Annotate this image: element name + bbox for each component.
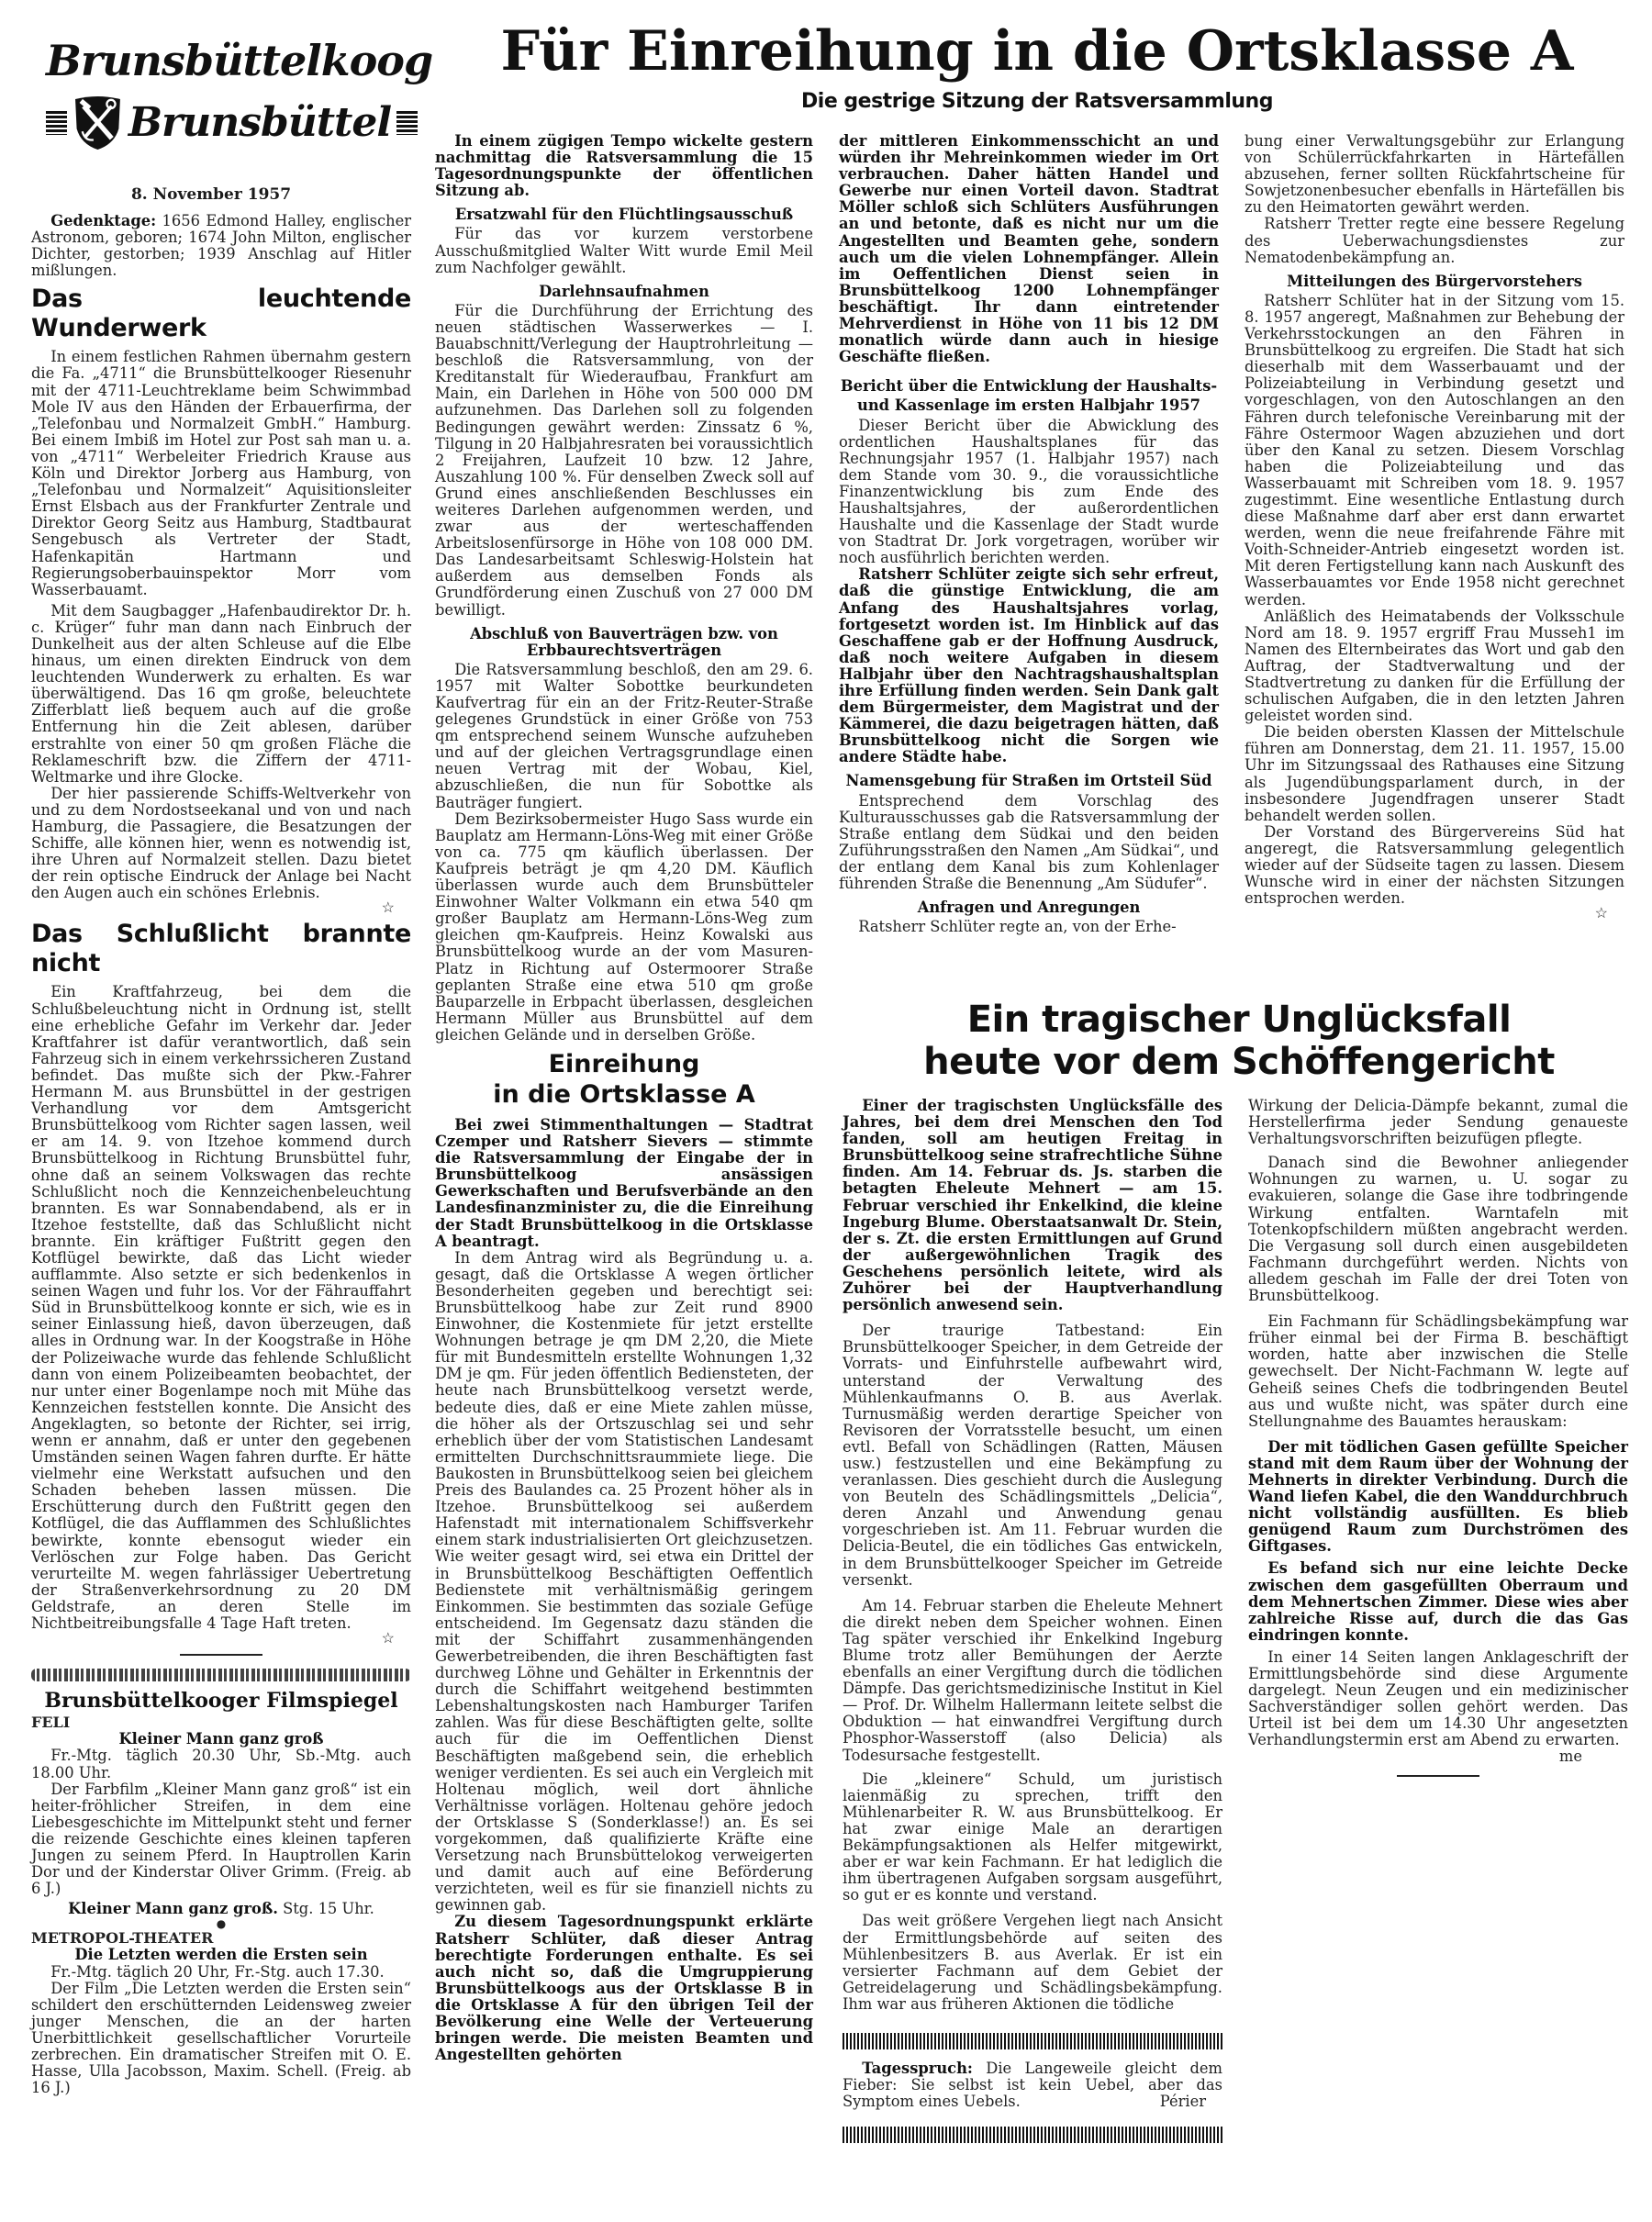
mitteilungen-paragraph: Der Vorstand des Bürgervereins Süd hat a… bbox=[1245, 824, 1624, 907]
film-title: Die Letzten werden die Ersten sein bbox=[31, 1947, 411, 1963]
einreihung-body: In dem Antrag wird als Begründung u. a. … bbox=[435, 1250, 813, 1915]
section-text: Für die Durchführung der Errichtung des … bbox=[435, 303, 813, 619]
column-3: der mittleren Einkommensschicht an und w… bbox=[839, 133, 1219, 935]
tagesspruch-label: Tagesspruch: bbox=[862, 2060, 973, 2077]
wunderwerk-paragraph: In einem festlichen Rahmen übernahm gest… bbox=[31, 349, 411, 597]
ungluecksfall-bold-paragraph: Es befand sich nur eine leichte Decke zw… bbox=[1248, 1560, 1628, 1643]
column-1: Gedenktage: 1656 Edmond Halley, englisch… bbox=[31, 213, 411, 2096]
theater-name: FELI bbox=[31, 1714, 411, 1731]
gedenktage-label: Gedenktage: bbox=[50, 212, 156, 229]
einreihung-headline-line1: Einreihung bbox=[435, 1049, 813, 1079]
decorative-wave-divider bbox=[31, 1669, 411, 1681]
tagesspruch: Tagesspruch: Die Langeweile gleicht dem … bbox=[843, 2060, 1222, 2110]
mitteilungen-paragraph: Ratsherr Schlüter hat in der Sitzung vom… bbox=[1245, 293, 1624, 609]
section-heading: Darlehnsaufnahmen bbox=[435, 284, 813, 300]
section-heading: Bericht über die Entwicklung der Haushal… bbox=[839, 378, 1219, 395]
byline: me bbox=[1248, 1748, 1628, 1765]
film-title: Kleiner Mann ganz groß bbox=[31, 1731, 411, 1747]
wunderwerk-headline: Das leuchtende Wunderwerk bbox=[31, 285, 411, 343]
masthead: Brunsbüttelkoog Brunsbüttel bbox=[46, 37, 418, 160]
divider-short bbox=[180, 1654, 262, 1656]
section-text: Die Ratsversammlung beschloß, den am 29.… bbox=[435, 662, 813, 811]
section-text: Für das vor kurzem verstorbene Ausschußm… bbox=[435, 226, 813, 275]
film-description: Der Film „Die Letzten werden die Ersten … bbox=[31, 1981, 411, 2097]
star-end-icon: ☆ bbox=[31, 1632, 411, 1645]
section-heading: Namensgebung für Straßen im Ortsteil Süd bbox=[839, 773, 1219, 789]
ungluecksfall-column-1: Einer der tragischsten Unglücksfälle des… bbox=[843, 1098, 1222, 2152]
wunderwerk-paragraph: Der hier passierende Schiffs-Weltverkehr… bbox=[31, 786, 411, 902]
haushalt-text: Dieser Bericht über die Abwicklung des o… bbox=[839, 418, 1219, 567]
section-heading: Abschluß von Bauverträgen bzw. von Erbba… bbox=[435, 626, 813, 659]
ungluecksfall-paragraph: Wirkung der Delicia-Dämpfe bekannt, zuma… bbox=[1248, 1098, 1628, 1147]
star-end-icon: ☆ bbox=[31, 901, 411, 914]
einreihung-headline-line2: in die Ortsklasse A bbox=[435, 1079, 813, 1110]
ungluecksfall-paragraph: Ein Fachmann für Schädlingsbekämpfung wa… bbox=[1248, 1313, 1628, 1430]
column-4: bung einer Verwaltungsgebühr zur Erlangu… bbox=[1245, 133, 1624, 920]
film-schedule: Fr.-Mtg. täglich 20 Uhr, Fr.-Stg. auch 1… bbox=[31, 1964, 411, 1981]
anfragen-text: Ratsherr Schlüter regte an, von der Erhe… bbox=[839, 919, 1219, 935]
section-heading: Mitteilungen des Bürgervorstehers bbox=[1245, 274, 1624, 290]
ungluecksfall-paragraph: In einer 14 Seiten langen Anklageschrift… bbox=[1248, 1649, 1628, 1749]
film-extra-showing: Kleiner Mann ganz groß. Stg. 15 Uhr. bbox=[31, 1901, 411, 1917]
film-schedule: Fr.-Mtg. täglich 20.30 Uhr, Sb.-Mtg. auc… bbox=[31, 1747, 411, 1781]
theater-name: METROPOL-THEATER bbox=[31, 1930, 411, 1947]
ratsversammlung-lead: In einem zügigen Tempo wickelte gestern … bbox=[435, 133, 813, 199]
namensgebung-text: Entsprechend dem Vorschlag des Kulturaus… bbox=[839, 793, 1219, 893]
ungluecksfall-bold-paragraph: Der mit tödlichen Gasen gefüllte Speiche… bbox=[1248, 1439, 1628, 1556]
issue-date: 8. November 1957 bbox=[0, 185, 422, 204]
anfragen-text2: Ratsherr Tretter regte eine bessere Rege… bbox=[1245, 216, 1624, 265]
ungluecksfall-headline-line1: Ein tragischer Unglücksfall bbox=[826, 999, 1652, 1041]
ungluecksfall-headline-line2: heute vor dem Schöffengericht bbox=[826, 1041, 1652, 1083]
masthead-title-brunsbuettelkoog: Brunsbüttelkoog bbox=[46, 37, 418, 84]
mitteilungen-paragraph: Die beiden obersten Klassen der Mittelsc… bbox=[1245, 724, 1624, 824]
section-text: Dem Bezirksobermeister Hugo Sass wurde e… bbox=[435, 811, 813, 1044]
star-end-icon: ☆ bbox=[1245, 907, 1624, 920]
schlusslicht-paragraph: Ein Kraftfahrzeug, bei dem die Schlußbel… bbox=[31, 984, 411, 1632]
main-subheadline: Die gestrige Sitzung der Ratsversammlung bbox=[422, 90, 1652, 113]
ungluecksfall-paragraph: Am 14. Februar starben die Eheleute Mehn… bbox=[843, 1598, 1222, 1764]
mitteilungen-paragraph: Anläßlich des Heimatabends der Volksschu… bbox=[1245, 609, 1624, 725]
wunderwerk-paragraph: Mit dem Saugbagger „Hafenbaudirektor Dr.… bbox=[31, 603, 411, 786]
film-extra-title: Kleiner Mann ganz groß. bbox=[68, 1900, 278, 1917]
einreihung-schlueter: Zu diesem Tagesordnungspunkt erklärte Ra… bbox=[435, 1914, 813, 2063]
decorative-bar-divider bbox=[843, 2127, 1222, 2143]
einreihung-continuation: der mittleren Einkommensschicht an und w… bbox=[839, 133, 1219, 365]
section-heading: Anfragen und Anregungen bbox=[839, 899, 1219, 916]
ungluecksfall-paragraph: Die „kleinere“ Schuld, um juristisch lai… bbox=[843, 1771, 1222, 1904]
tagesspruch-author: Périer bbox=[1141, 2094, 1222, 2110]
divider-short bbox=[1397, 1775, 1479, 1777]
masthead-title-brunsbuettel: Brunsbüttel bbox=[128, 100, 391, 146]
ribbon-right-ornament bbox=[396, 111, 418, 135]
schlusslicht-headline: Das Schlußlicht brannte nicht bbox=[31, 920, 411, 978]
film-description: Der Farbfilm „Kleiner Mann ganz groß“ is… bbox=[31, 1781, 411, 1898]
haushalt-bold-text: Ratsherr Schlüter zeigte sich sehr erfre… bbox=[839, 566, 1219, 765]
einreihung-headline: Einreihung in die Ortsklasse A bbox=[435, 1049, 813, 1110]
decorative-bar-divider bbox=[843, 2033, 1222, 2049]
main-headline: Für Einreihung in die Ortsklasse A bbox=[422, 20, 1652, 83]
einreihung-lead: Bei zwei Stimmenthaltungen — Stadtrat Cz… bbox=[435, 1117, 813, 1250]
column-2: In einem zügigen Tempo wickelte gestern … bbox=[435, 133, 813, 2063]
filmspiegel-headline: Brunsbüttelkooger Filmspiegel bbox=[31, 1692, 411, 1709]
ungluecksfall-headline: Ein tragischer Unglücksfall heute vor de… bbox=[826, 999, 1652, 1083]
ribbon-left-ornament bbox=[46, 111, 67, 135]
ungluecksfall-paragraph: Das weit größere Vergehen liegt nach Ans… bbox=[843, 1913, 1222, 2013]
ungluecksfall-paragraph: Der traurige Tatbestand: Ein Brunsbüttel… bbox=[843, 1323, 1222, 1589]
film-extra-time: Stg. 15 Uhr. bbox=[283, 1900, 374, 1917]
section-heading: und Kassenlage im ersten Halbjahr 1957 bbox=[839, 397, 1219, 414]
ungluecksfall-column-2: Wirkung der Delicia-Dämpfe bekannt, zuma… bbox=[1248, 1098, 1628, 1786]
anfragen-continuation: bung einer Verwaltungsgebühr zur Erlangu… bbox=[1245, 133, 1624, 216]
anchor-crest-icon bbox=[73, 86, 123, 160]
ungluecksfall-lead: Einer der tragischsten Unglücksfälle des… bbox=[843, 1098, 1222, 1313]
ungluecksfall-paragraph: Danach sind die Bewohner anliegender Woh… bbox=[1248, 1155, 1628, 1304]
section-heading: Ersatzwahl für den Flüchtlingsausschuß bbox=[435, 207, 813, 223]
bullet-separator: ● bbox=[31, 1917, 411, 1930]
